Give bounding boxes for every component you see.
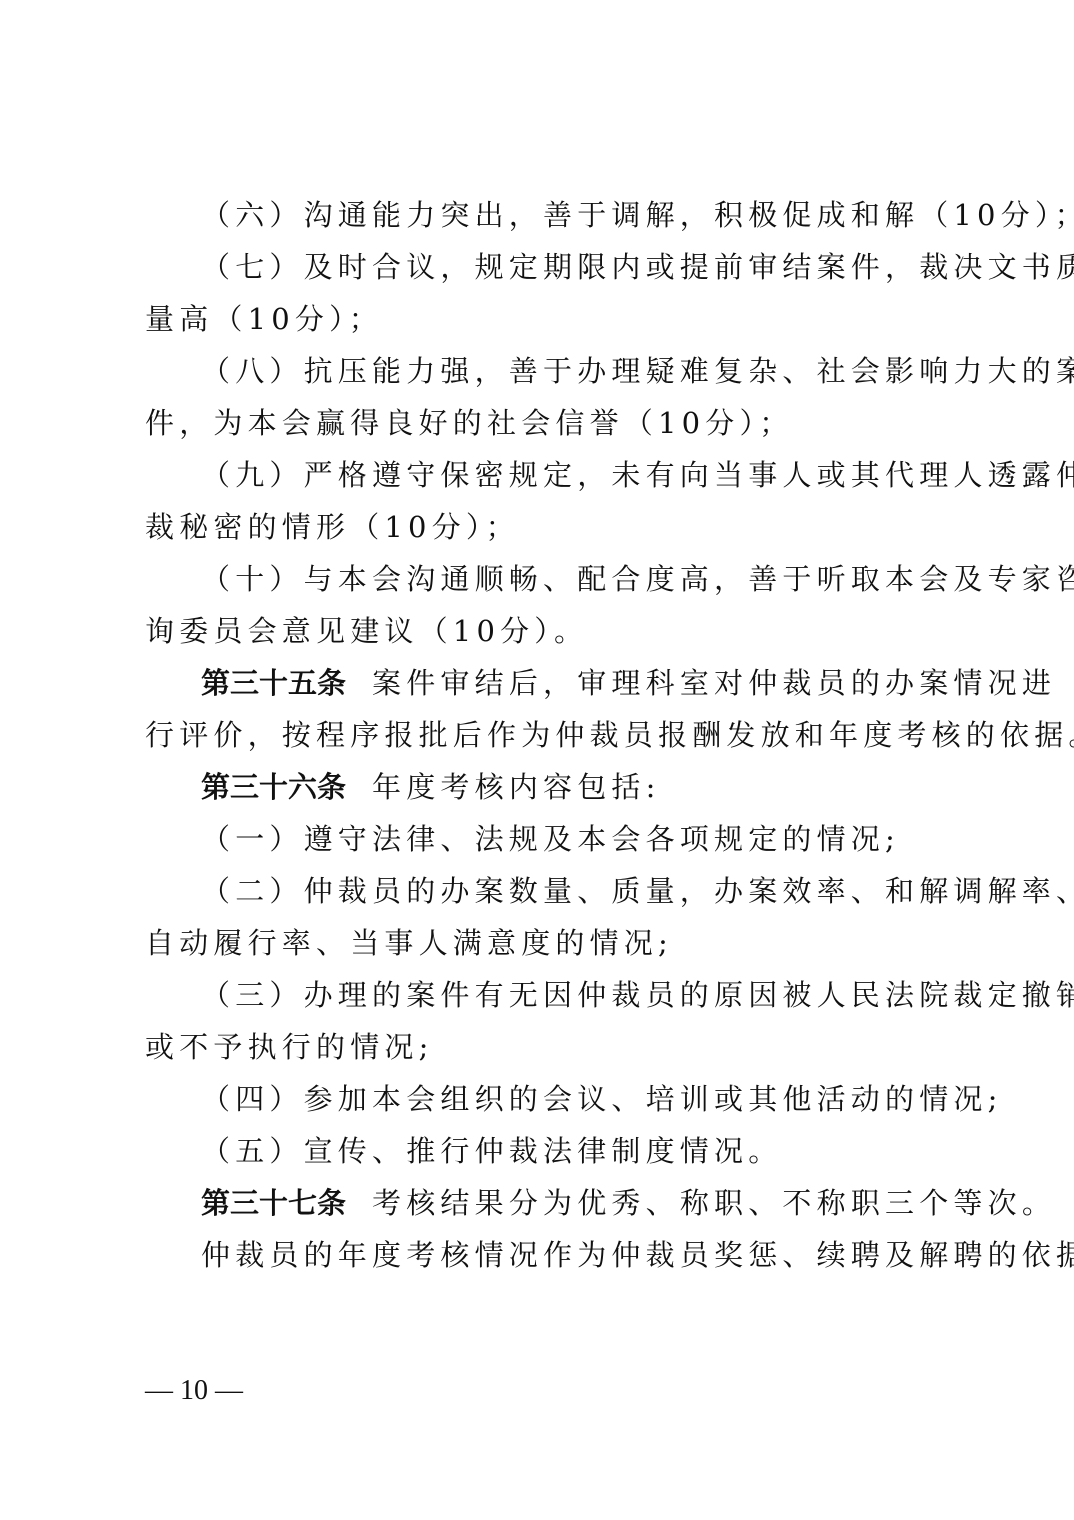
line-text: （五）宣传、推行仲裁法律制度情况。 bbox=[201, 1134, 782, 1168]
line-text: （十）与本会沟通顺畅、配合度高，善于听取本会及专家咨 bbox=[201, 562, 1074, 596]
document-body: （六）沟通能力突出，善于调解，积极促成和解（10分）；（七）及时合议，规定期限内… bbox=[145, 194, 935, 1286]
page-number: — 10 — bbox=[145, 1375, 243, 1407]
line-text: （三）办理的案件有无因仲裁员的原因被人民法院裁定撤销 bbox=[201, 978, 1074, 1012]
line-text: （六）沟通能力突出，善于调解，积极促成和解（10分）； bbox=[201, 198, 1074, 232]
article-paragraph-line: 第三十六条年度考核内容包括: bbox=[145, 766, 935, 818]
paragraph-line: 行评价，按程序报批后作为仲裁员报酬发放和年度考核的依据。 bbox=[145, 714, 935, 766]
line-text: （二）仲裁员的办案数量、质量，办案效率、和解调解率、 bbox=[201, 874, 1074, 908]
line-text: （七）及时合议，规定期限内或提前审结案件，裁决文书质 bbox=[201, 250, 1074, 284]
paragraph-line: （六）沟通能力突出，善于调解，积极促成和解（10分）； bbox=[145, 194, 935, 246]
paragraph-line: 或不予执行的情况; bbox=[145, 1026, 935, 1078]
paragraph-line: （二）仲裁员的办案数量、质量，办案效率、和解调解率、 bbox=[145, 870, 935, 922]
line-text: 件，为本会赢得良好的社会信誉（10分）； bbox=[145, 406, 793, 440]
paragraph-line: （十）与本会沟通顺畅、配合度高，善于听取本会及专家咨 bbox=[145, 558, 935, 610]
line-text: 或不予执行的情况; bbox=[145, 1030, 434, 1064]
line-text: 询委员会意见建议（10分）。 bbox=[145, 614, 588, 648]
article-paragraph-line: 第三十七条考核结果分为优秀、称职、不称职三个等次。 bbox=[145, 1182, 935, 1234]
paragraph-line: （三）办理的案件有无因仲裁员的原因被人民法院裁定撤销 bbox=[145, 974, 935, 1026]
paragraph-line: 量高（10分）； bbox=[145, 298, 935, 350]
line-text: （八）抗压能力强，善于办理疑难复杂、社会影响力大的案 bbox=[201, 354, 1074, 388]
line-text: 仲裁员的年度考核情况作为仲裁员奖惩、续聘及解聘的依据。 bbox=[201, 1238, 1074, 1272]
article-number: 第三十五条 bbox=[201, 666, 346, 700]
article-number: 第三十七条 bbox=[201, 1186, 346, 1220]
line-text: （一）遵守法律、法规及本会各项规定的情况; bbox=[201, 822, 900, 856]
line-text: 自动履行率、当事人满意度的情况; bbox=[145, 926, 673, 960]
article-number: 第三十六条 bbox=[201, 770, 346, 804]
line-text: 量高（10分）； bbox=[145, 302, 383, 336]
paragraph-line: （八）抗压能力强，善于办理疑难复杂、社会影响力大的案 bbox=[145, 350, 935, 402]
paragraph-line: 裁秘密的情形（10分）； bbox=[145, 506, 935, 558]
paragraph-line: 仲裁员的年度考核情况作为仲裁员奖惩、续聘及解聘的依据。 bbox=[145, 1234, 935, 1286]
paragraph-line: 询委员会意见建议（10分）。 bbox=[145, 610, 935, 662]
line-text: （九）严格遵守保密规定，未有向当事人或其代理人透露仲 bbox=[201, 458, 1074, 492]
paragraph-line: 自动履行率、当事人满意度的情况; bbox=[145, 922, 935, 974]
line-text: 考核结果分为优秀、称职、不称职三个等次。 bbox=[372, 1186, 1056, 1220]
paragraph-line: （一）遵守法律、法规及本会各项规定的情况; bbox=[145, 818, 935, 870]
line-text: 裁秘密的情形（10分）； bbox=[145, 510, 520, 544]
paragraph-line: 件，为本会赢得良好的社会信誉（10分）； bbox=[145, 402, 935, 454]
paragraph-line: （四）参加本会组织的会议、培训或其他活动的情况; bbox=[145, 1078, 935, 1130]
article-paragraph-line: 第三十五条案件审结后，审理科室对仲裁员的办案情况进 bbox=[145, 662, 935, 714]
paragraph-line: （七）及时合议，规定期限内或提前审结案件，裁决文书质 bbox=[145, 246, 935, 298]
line-text: 年度考核内容包括: bbox=[372, 770, 661, 804]
paragraph-line: （五）宣传、推行仲裁法律制度情况。 bbox=[145, 1130, 935, 1182]
line-text: （四）参加本会组织的会议、培训或其他活动的情况; bbox=[201, 1082, 1003, 1116]
line-text: 行评价，按程序报批后作为仲裁员报酬发放和年度考核的依据。 bbox=[145, 718, 1074, 752]
line-text: 案件审结后，审理科室对仲裁员的办案情况进 bbox=[372, 666, 1056, 700]
paragraph-line: （九）严格遵守保密规定，未有向当事人或其代理人透露仲 bbox=[145, 454, 935, 506]
